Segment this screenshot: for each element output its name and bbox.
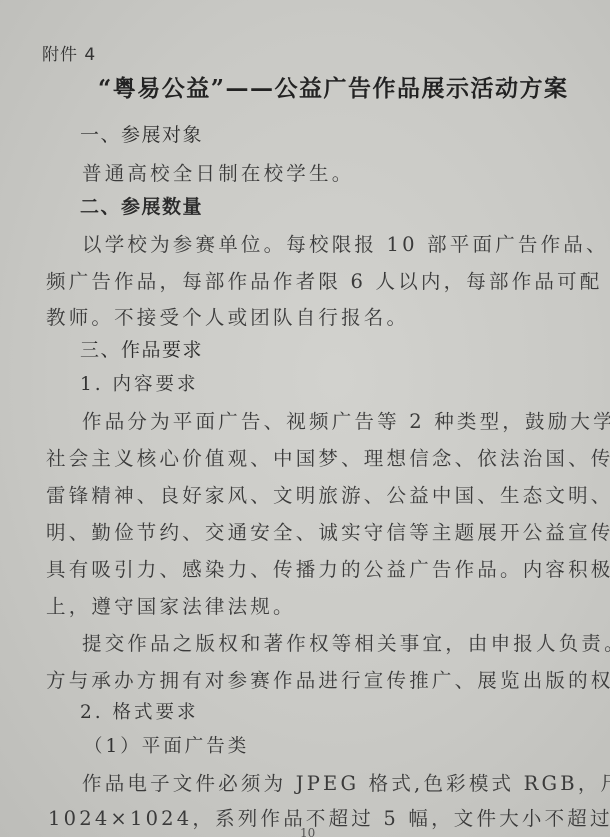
- paragraph-line: 作品电子文件必须为 JPEG 格式,色彩模式 RGB，尺寸为: [82, 768, 610, 796]
- section-heading-quantity: 二、参展数量: [80, 192, 203, 219]
- document-page: 附件 4 “粤易公益”——公益广告作品展示活动方案 一、参展对象 普通高校全日制…: [0, 0, 610, 837]
- paragraph-line: 普通高校全日制在校学生。: [82, 158, 354, 186]
- paragraph-line: 以学校为参赛单位。每校限报 10 部平面广告作品、5 部视: [82, 229, 610, 257]
- paragraph-line: 方与承办方拥有对参赛作品进行宣传推广、展览出版的权利。: [46, 665, 610, 693]
- paragraph-line: 作品分为平面广告、视频广告等 2 种类型，鼓励大学生围绕: [82, 406, 610, 434]
- section-heading-requirements: 三、作品要求: [80, 335, 203, 362]
- attachment-label: 附件 4: [42, 40, 96, 65]
- subsection-heading-format: 2. 格式要求: [80, 698, 199, 724]
- paragraph-line: 频广告作品，每部作品作者限 6 人以内，每部作品可配 1 名指导: [46, 266, 610, 294]
- item-heading-print-ads: （1）平面广告类: [84, 732, 249, 758]
- paragraph-line: 提交作品之版权和著作权等相关事宜，由申报人负责。主办: [82, 628, 610, 656]
- paragraph-line: 明、勤俭节约、交通安全、诚实守信等主题展开公益宣传，创作: [46, 517, 610, 545]
- paragraph-line: 教师。不接受个人或团队自行报名。: [46, 302, 409, 330]
- section-heading-participants: 一、参展对象: [80, 120, 203, 147]
- page-number: 10: [300, 826, 315, 837]
- subsection-heading-content: 1. 内容要求: [80, 370, 199, 396]
- paragraph-line: 雷锋精神、良好家风、文明旅游、公益中国、生态文明、网络文: [46, 480, 610, 508]
- document-title: “粤易公益”——公益广告作品展示活动方案: [98, 70, 568, 103]
- paragraph-line: 1024×1024，系列作品不超过 5 幅，文件大小不超过 10MB。电: [48, 803, 610, 831]
- paragraph-line: 具有吸引力、感染力、传播力的公益广告作品。内容积极健康向: [46, 554, 610, 582]
- paragraph-line: 社会主义核心价值观、中国梦、理想信念、依法治国、传统美德、: [46, 443, 610, 471]
- paragraph-line: 上，遵守国家法律法规。: [46, 591, 296, 619]
